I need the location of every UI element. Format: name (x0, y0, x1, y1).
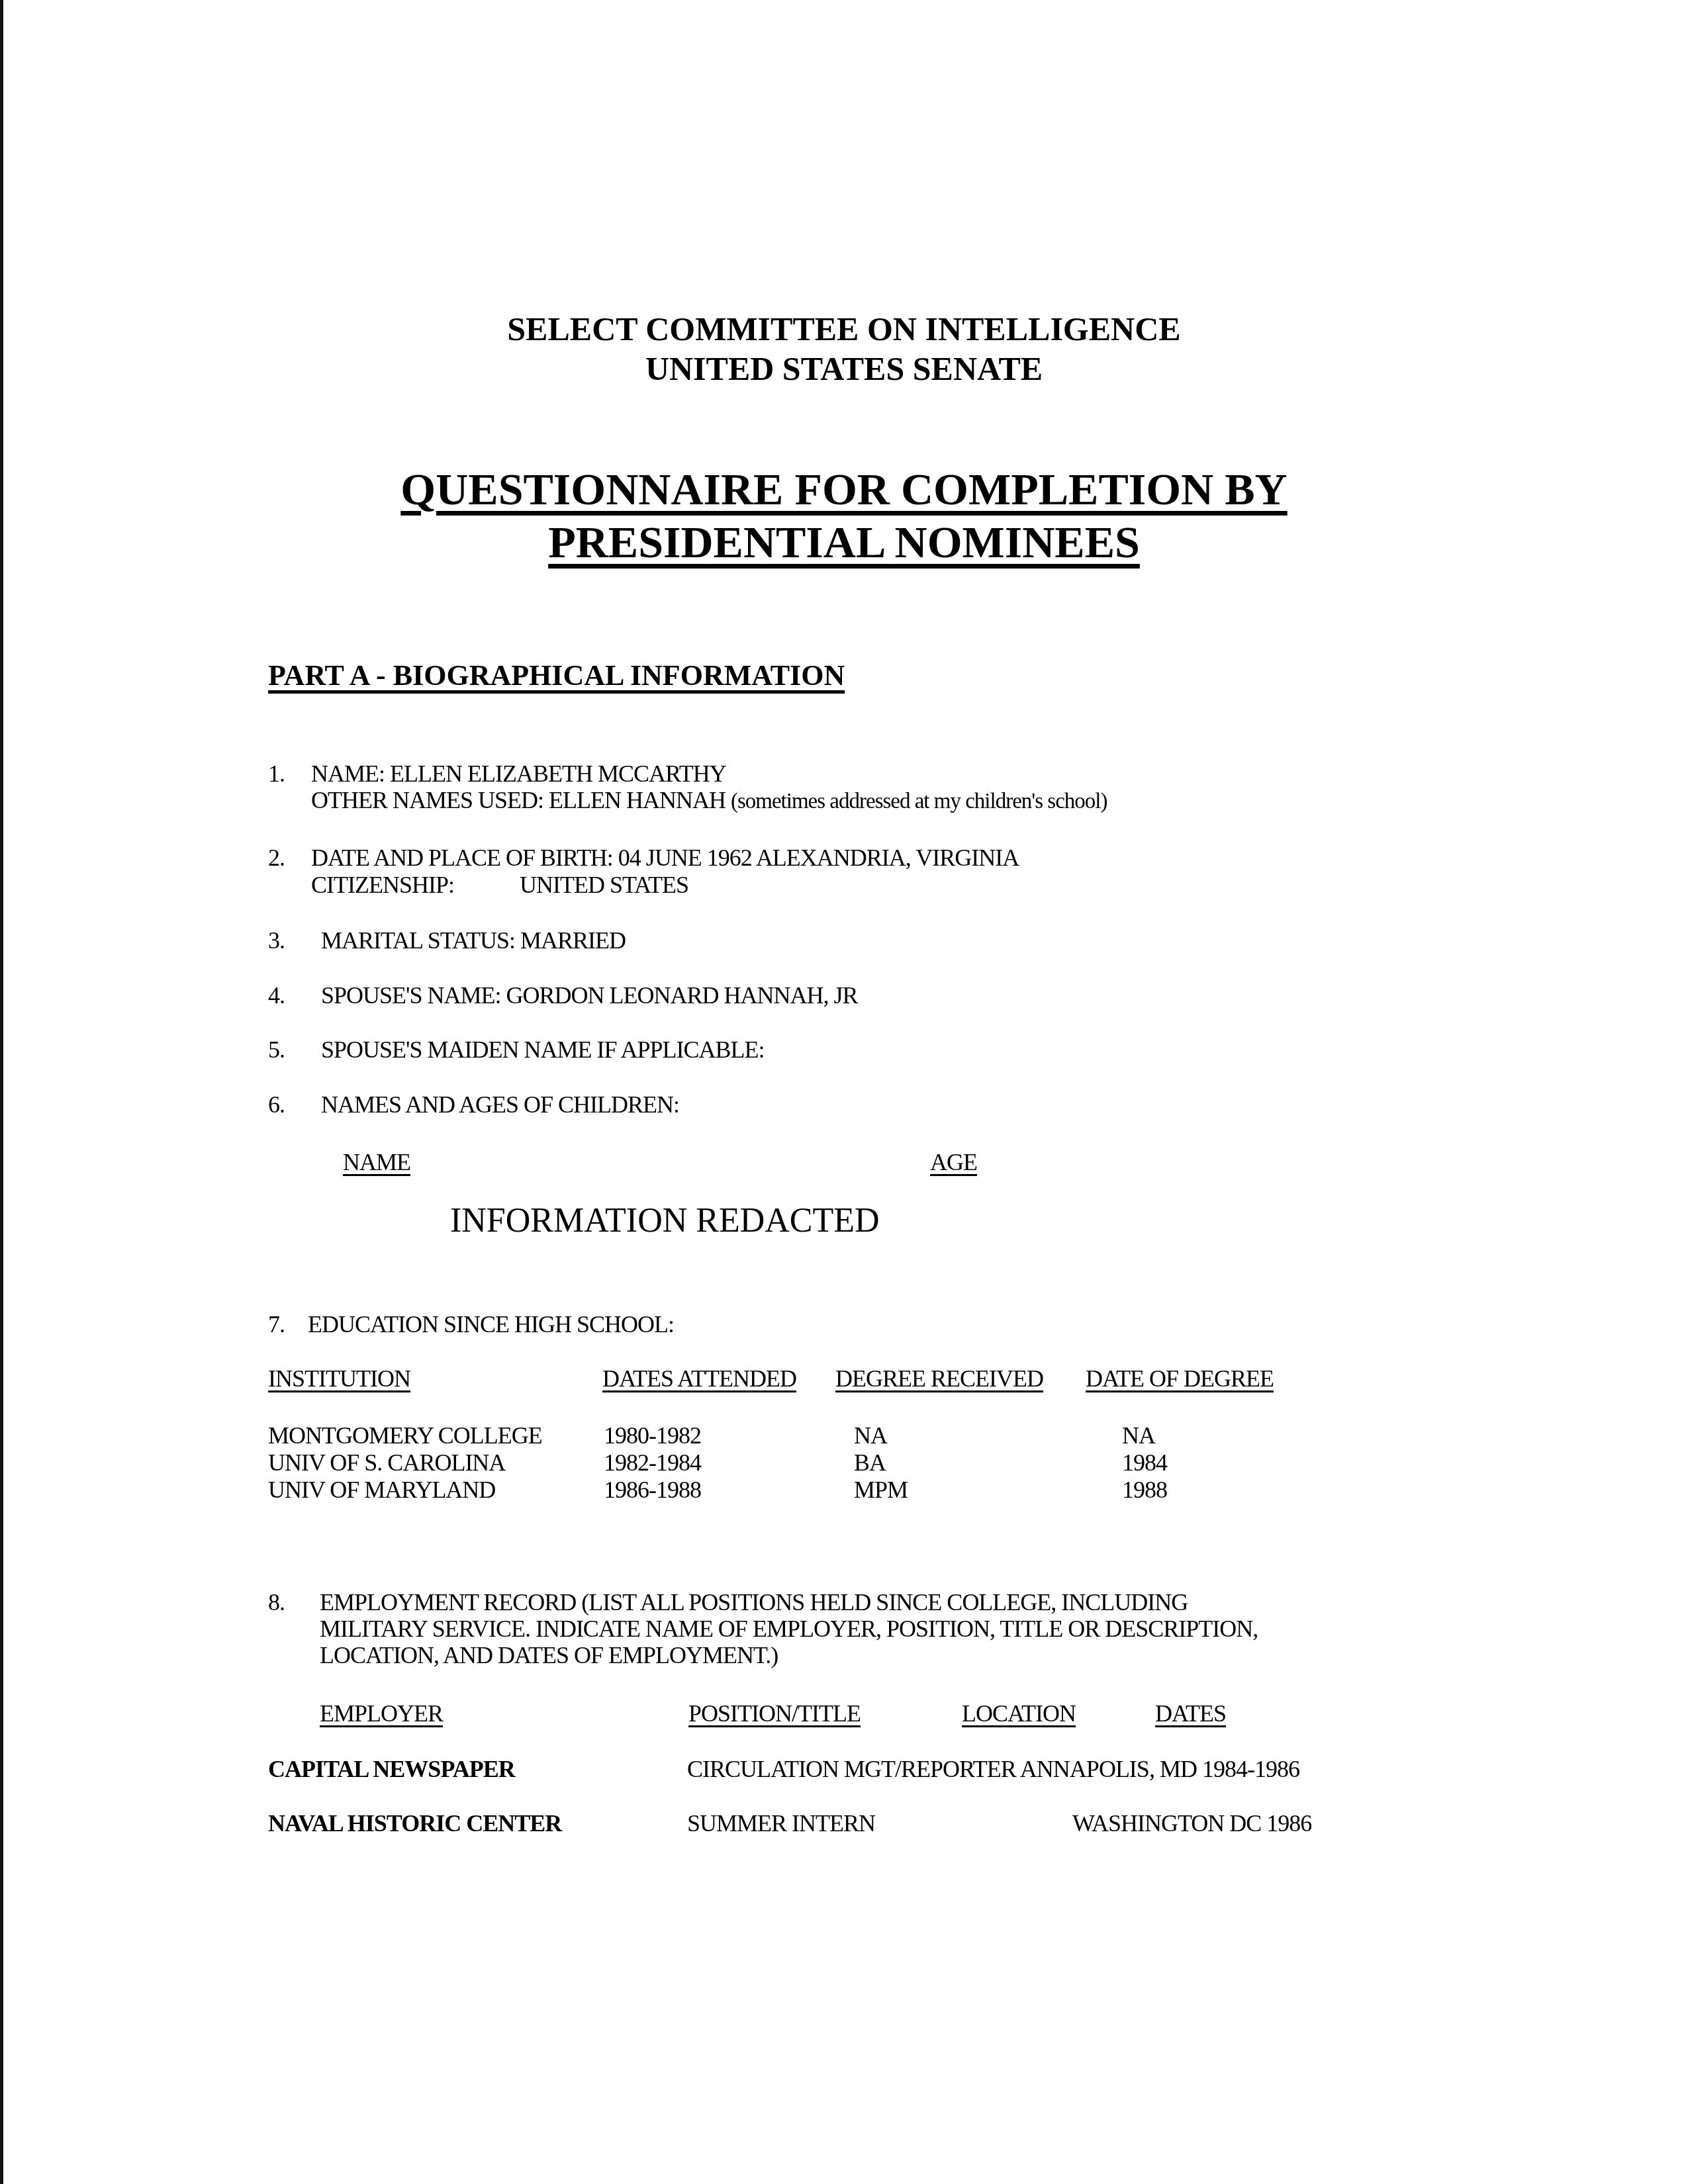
q2-citizenship-value: UNITED STATES (520, 871, 688, 899)
education-cell: UNIV OF S. CAROLINA (268, 1449, 505, 1477)
education-cell: UNIV OF MARYLAND (268, 1476, 495, 1504)
education-cell: 1984 (1122, 1449, 1167, 1477)
education-cell: 1980-1982 (604, 1422, 701, 1449)
q1-other-label: OTHER NAMES USED: ELLEN HANNAH (311, 787, 726, 813)
employment-header: LOCATION (962, 1700, 1076, 1727)
q5-text: SPOUSE'S MAIDEN NAME IF APPLICABLE: (321, 1036, 765, 1063)
q8-number: 8. (268, 1588, 320, 1616)
q1-number: 1. (268, 760, 311, 788)
children-col-age: AGE (930, 1148, 977, 1176)
employment-location-dates: WASHINGTON DC 1986 (1072, 1809, 1311, 1837)
q8-line1: EMPLOYMENT RECORD (LIST ALL POSITIONS HE… (320, 1589, 1188, 1615)
employment-header: POSITION/TITLE (688, 1700, 861, 1727)
education-header: DATE OF DEGREE (1086, 1365, 1274, 1392)
education-header: INSTITUTION (268, 1365, 410, 1392)
children-col-name: NAME (343, 1148, 410, 1176)
education-cell: NA (854, 1422, 887, 1449)
education-cell: NA (1122, 1422, 1155, 1449)
q2-birth: DATE AND PLACE OF BIRTH: 04 JUNE 1962 AL… (311, 844, 1019, 871)
employment-header: DATES (1155, 1700, 1226, 1727)
education-cell: MPM (854, 1476, 908, 1504)
q7-number: 7. (268, 1310, 308, 1338)
education-header: DATES ATTENDED (602, 1365, 796, 1392)
question-7: 7.EDUCATION SINCE HIGH SCHOOL: (268, 1310, 674, 1338)
employment-header: EMPLOYER (320, 1700, 443, 1727)
committee-name: SELECT COMMITTEE ON INTELLIGENCE (0, 310, 1688, 348)
q2-number: 2. (268, 844, 311, 872)
q1-name: NAME: ELLEN ELIZABETH MCCARTHY (311, 760, 726, 787)
q7-text: EDUCATION SINCE HIGH SCHOOL: (308, 1311, 674, 1338)
question-4: 4.SPOUSE'S NAME: GORDON LEONARD HANNAH, … (268, 981, 858, 1009)
question-5: 5.SPOUSE'S MAIDEN NAME IF APPLICABLE: (268, 1036, 765, 1064)
q6-number: 6. (268, 1091, 321, 1118)
q3-number: 3. (268, 927, 321, 954)
q1-other-note: (sometimes addressed at my children's sc… (731, 790, 1107, 813)
q8-line3: LOCATION, AND DATES OF EMPLOYMENT.) (320, 1641, 778, 1669)
part-a-heading: PART A - BIOGRAPHICAL INFORMATION (268, 659, 845, 692)
education-header: DEGREE RECEIVED (835, 1365, 1043, 1392)
education-cell: BA (854, 1449, 886, 1477)
document-title-line1: QUESTIONNAIRE FOR COMPLETION BY (0, 463, 1688, 516)
employment-detail: CIRCULATION MGT/REPORTER ANNAPOLIS, MD 1… (687, 1755, 1299, 1783)
question-8: 8.EMPLOYMENT RECORD (LIST ALL POSITIONS … (268, 1588, 1188, 1616)
question-2: 2.DATE AND PLACE OF BIRTH: 04 JUNE 1962 … (268, 844, 1019, 872)
question-1: 1.NAME: ELLEN ELIZABETH MCCARTHY (268, 760, 726, 788)
q2-citizenship-label: CITIZENSHIP: (311, 871, 454, 899)
education-cell: 1982-1984 (604, 1449, 701, 1477)
employer-name: CAPITAL NEWSPAPER (268, 1755, 515, 1783)
redacted-notice: INFORMATION REDACTED (450, 1201, 880, 1240)
employment-position: SUMMER INTERN (687, 1809, 875, 1837)
employer-name: NAVAL HISTORIC CENTER (268, 1809, 561, 1837)
question-6: 6.NAMES AND AGES OF CHILDREN: (268, 1091, 679, 1118)
education-cell: 1988 (1122, 1476, 1167, 1504)
document-title-line2: PRESIDENTIAL NOMINEES (0, 516, 1688, 569)
q6-text: NAMES AND AGES OF CHILDREN: (321, 1091, 679, 1118)
q3-text: MARITAL STATUS: MARRIED (321, 927, 626, 954)
q1-other-names: OTHER NAMES USED: ELLEN HANNAH (sometime… (311, 786, 1107, 814)
q5-number: 5. (268, 1036, 321, 1064)
q4-number: 4. (268, 981, 321, 1009)
education-cell: MONTGOMERY COLLEGE (268, 1422, 542, 1449)
q4-text: SPOUSE'S NAME: GORDON LEONARD HANNAH, JR (321, 982, 858, 1009)
question-3: 3.MARITAL STATUS: MARRIED (268, 927, 626, 954)
senate-name: UNITED STATES SENATE (0, 349, 1688, 388)
q8-line2: MILITARY SERVICE. INDICATE NAME OF EMPLO… (320, 1615, 1258, 1643)
education-cell: 1986-1988 (604, 1476, 701, 1504)
